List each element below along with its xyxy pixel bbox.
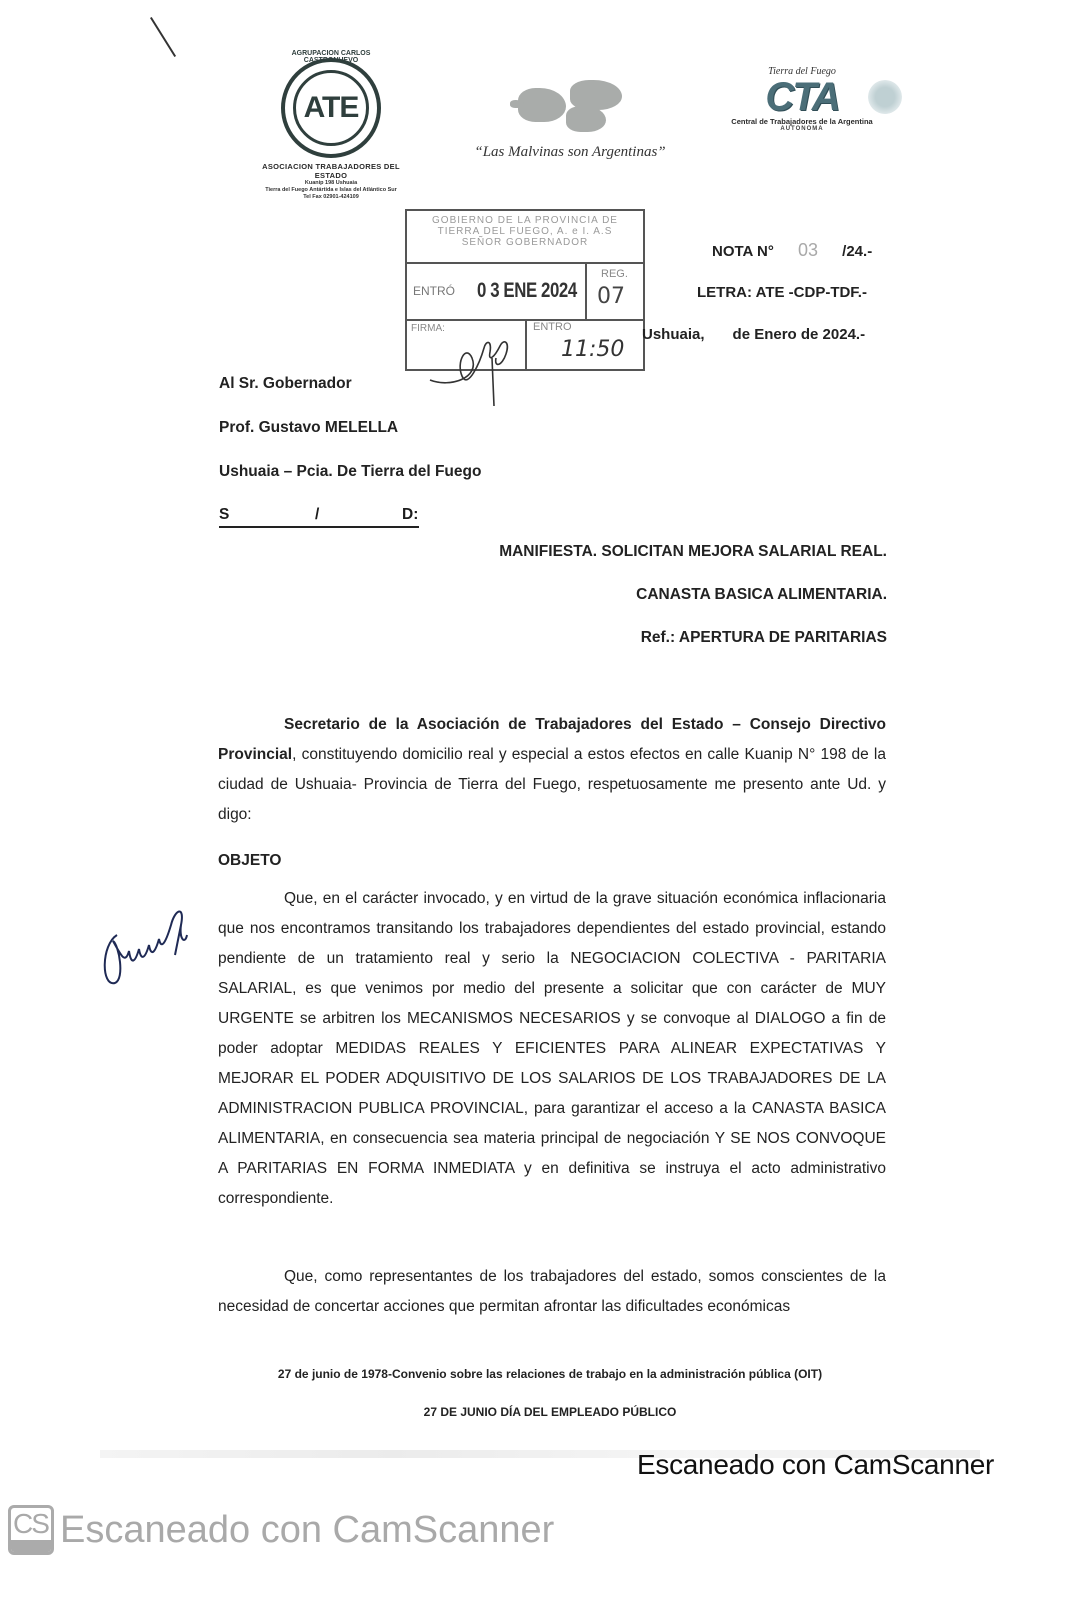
ate-logo: AGRUPACION CARLOS CASTRONUEVO ATE ASOCIA… xyxy=(246,58,416,201)
stamp-header-line: TIERRA DEL FUEGO, A. e I. A.S xyxy=(407,226,643,237)
cta-subtitle: Central de Trabajadores de la Argentina xyxy=(702,117,902,126)
sd-slash: / xyxy=(315,506,319,524)
scanned-document-page: AGRUPACION CARLOS CASTRONUEVO ATE ASOCIA… xyxy=(0,0,1083,1600)
sd-d: D: xyxy=(402,506,418,524)
stamp-header-line: SEÑOR GOBERNADOR xyxy=(407,237,643,248)
margin-signature-icon xyxy=(95,895,195,995)
second-paragraph-text: Que, como representantes de los trabajad… xyxy=(218,1262,886,1322)
objeto-paragraph: Que, en el carácter invocado, y en virtu… xyxy=(218,884,886,1214)
objeto-heading: OBJETO xyxy=(218,852,281,870)
cta-logo: Tierra del Fuego CTA Central de Trabajad… xyxy=(702,66,902,132)
footer-convention-line: 27 de junio de 1978-Convenio sobre las r… xyxy=(0,1367,1083,1381)
stamp-signature-icon xyxy=(420,318,530,408)
camscanner-watermark-badge: CS Escaneado con CamScanner xyxy=(8,1505,554,1555)
second-paragraph: Que, como representantes de los trabajad… xyxy=(218,1262,886,1322)
cta-subtitle-autonoma: AUTONOMA xyxy=(702,126,902,132)
stamp-time-label: ENTRO xyxy=(533,321,572,333)
nota-number: 03 xyxy=(778,240,838,261)
objeto-text: Que, en el carácter invocado, y en virtu… xyxy=(218,884,886,1214)
subject-line: CANASTA BASICA ALIMENTARIA. xyxy=(636,586,887,604)
ate-name: ASOCIACION TRABAJADORES DEL ESTADO xyxy=(246,162,416,180)
footer-day-line: 27 DE JUNIO DÍA DEL EMPLEADO PÚBLICO xyxy=(0,1405,1083,1419)
addressee-location: Ushuaia – Pcia. De Tierra del Fuego xyxy=(219,463,481,481)
addressee-title: Al Sr. Gobernador xyxy=(219,375,352,393)
ate-arc-text: AGRUPACION CARLOS CASTRONUEVO xyxy=(279,50,383,64)
malvinas-emblem: “Las Malvinas son Argentinas” xyxy=(450,70,690,161)
stamp-entro-label: ENTRÓ xyxy=(413,284,455,298)
letter-date: de Enero de 2024.- xyxy=(733,326,866,343)
stamp-date: 0 3 ENE 2024 xyxy=(477,279,577,303)
pen-mark xyxy=(150,17,176,57)
nota-number-line: NOTA N° 03 /24.- xyxy=(712,240,872,261)
stamp-time-box: ENTRO 11:50 xyxy=(525,321,643,371)
stamp-header-line: GOBIERNO DE LA PROVINCIA DE xyxy=(407,215,643,226)
ate-phone-line: Tel Fax 02901-424109 xyxy=(246,194,416,201)
stamp-reg-value: 07 xyxy=(597,284,625,309)
subject-reference: Ref.: APERTURA DE PARITARIAS xyxy=(641,629,887,647)
camscanner-logo-icon: CS xyxy=(8,1505,54,1555)
place-date-line: Ushuaia,de Enero de 2024.- xyxy=(642,326,865,343)
ate-address-line: Kuanip 198 Ushuaia xyxy=(246,180,416,187)
sun-icon xyxy=(868,80,902,114)
camscanner-badge-text: CS xyxy=(13,1508,48,1540)
nota-label: NOTA N° xyxy=(712,243,774,260)
addressee-name: Prof. Gustavo MELELLA xyxy=(219,419,398,437)
camscanner-watermark-text: Escaneado con CamScanner xyxy=(60,1509,554,1552)
stamp-reg-label: REG. xyxy=(601,268,628,280)
sd-line: S / D: xyxy=(219,506,419,528)
subject-line: MANIFIESTA. SOLICITAN MEJORA SALARIAL RE… xyxy=(499,543,887,561)
camscanner-watermark: Escaneado con CamScanner xyxy=(637,1449,994,1481)
letra-line: LETRA: ATE -CDP-TDF.- xyxy=(697,284,867,301)
ate-address-line: Tierra del Fuego Antártida e Islas del A… xyxy=(246,187,416,194)
malvinas-motto: “Las Malvinas son Argentinas” xyxy=(450,144,690,161)
stamp-reg-box: REG. 07 xyxy=(585,264,643,319)
ate-emblem: AGRUPACION CARLOS CASTRONUEVO ATE xyxy=(281,58,381,158)
sd-s: S xyxy=(219,506,229,524)
intro-paragraph: Secretario de la Asociación de Trabajado… xyxy=(218,710,886,830)
stamp-header: GOBIERNO DE LA PROVINCIA DE TIERRA DEL F… xyxy=(407,211,643,264)
malvinas-islands-map-icon xyxy=(510,70,630,136)
place: Ushuaia, xyxy=(642,326,705,343)
stamp-time-value: 11:50 xyxy=(561,337,624,362)
intro-text: , constituyendo domicilio real y especia… xyxy=(218,746,886,823)
ate-logo-text: ATE xyxy=(293,70,369,146)
nota-suffix: /24.- xyxy=(842,243,872,260)
